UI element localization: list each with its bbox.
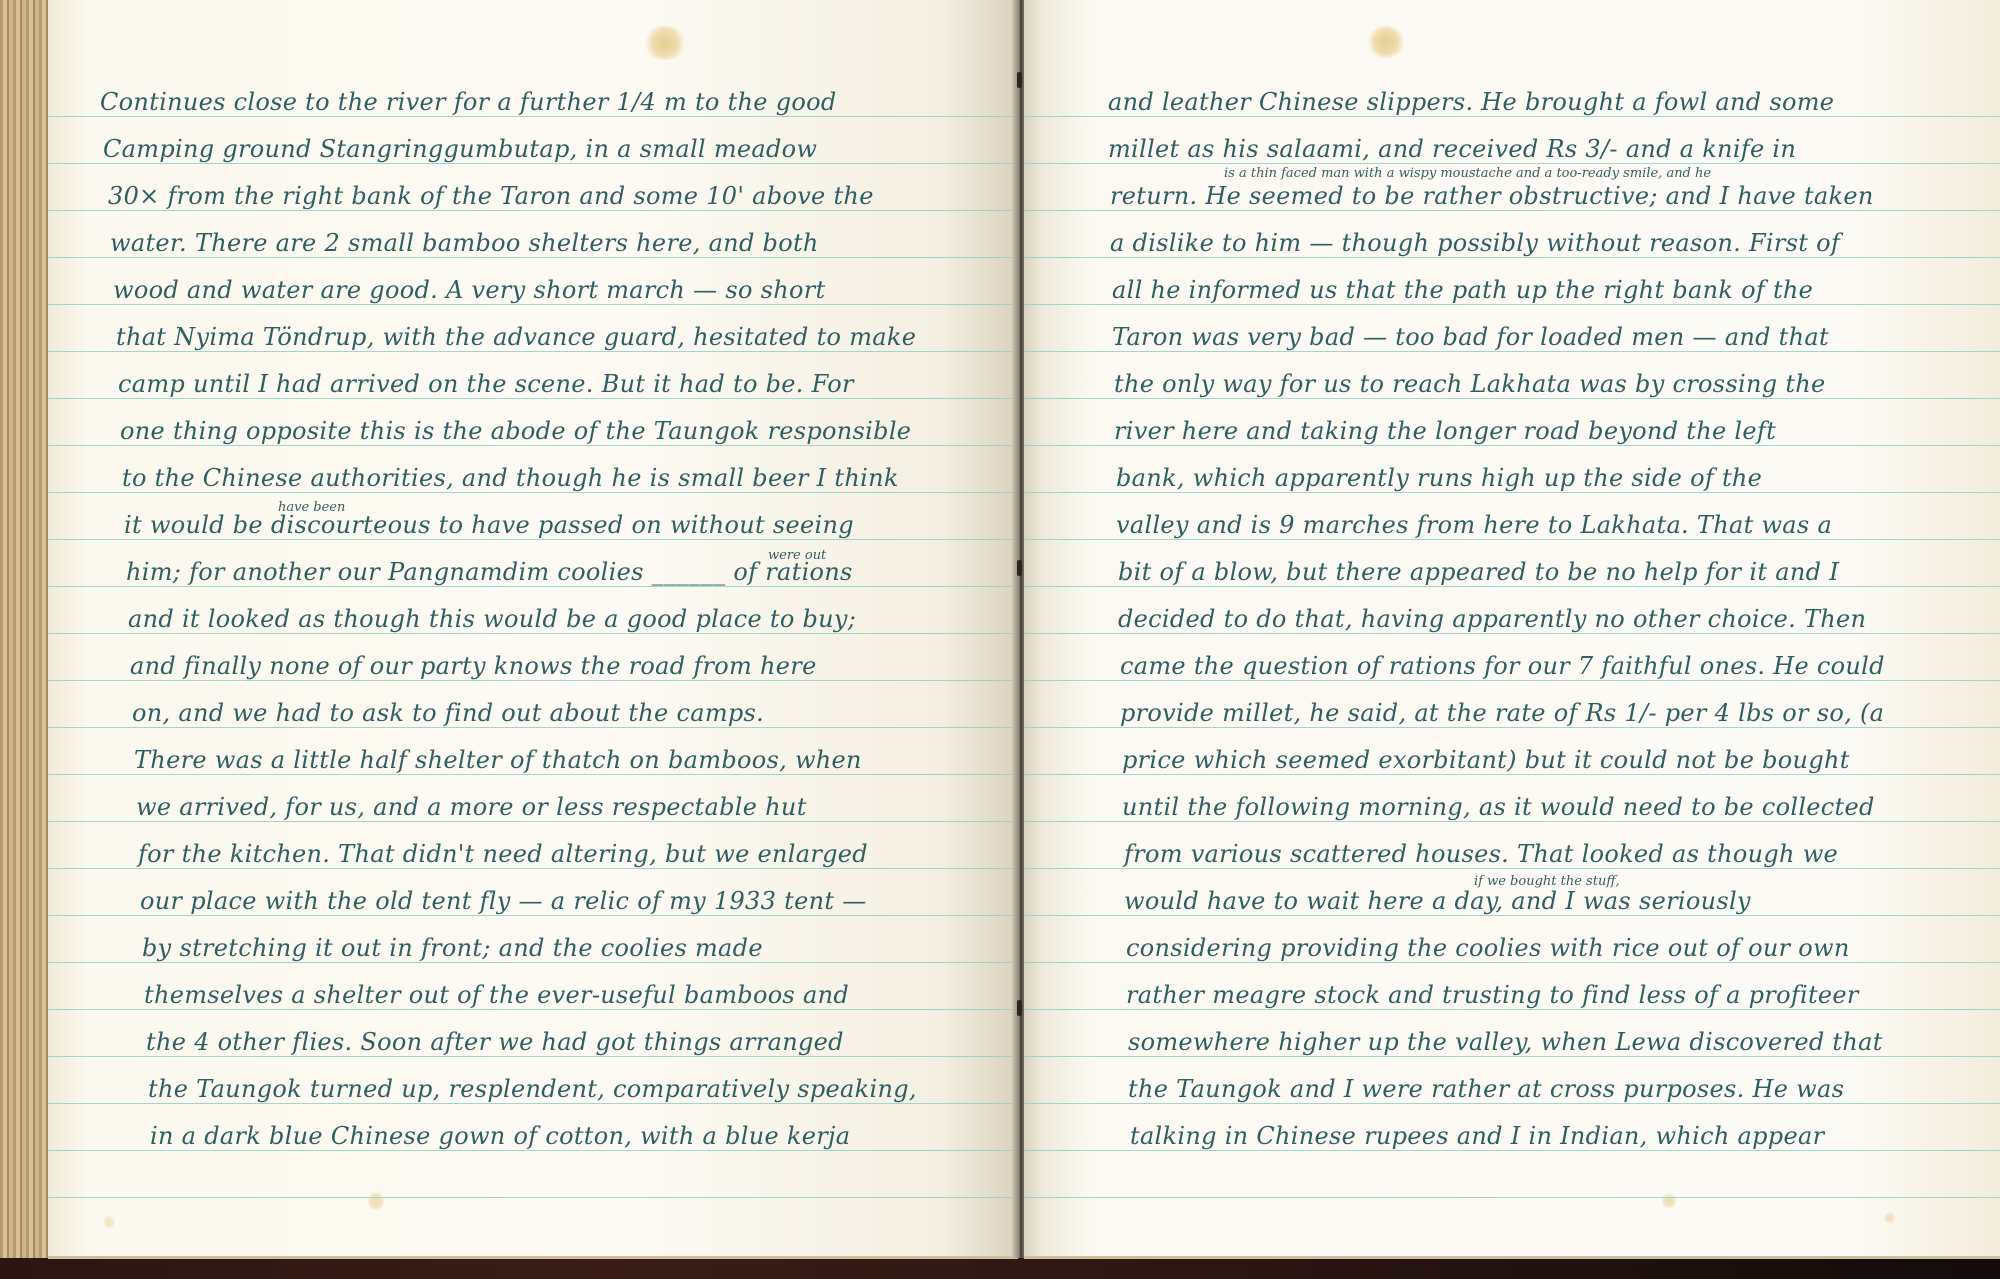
ruling-line [1024, 1103, 2000, 1104]
text-line: and finally none of our party knows the … [130, 652, 817, 680]
text-line: bank, which apparently runs high up the … [1116, 464, 1762, 492]
text-line: him; for another our Pangnamdim coolies … [126, 558, 853, 586]
ruling-line [48, 304, 1018, 305]
ruling-line [48, 680, 1018, 681]
ruling-line [1024, 1197, 2000, 1198]
text-line: Continues close to the river for a furth… [100, 88, 837, 116]
text-line: and leather Chinese slippers. He brought… [1108, 88, 1834, 116]
ruling-line [48, 1103, 1018, 1104]
text-line: one thing opposite this is the abode of … [120, 417, 911, 445]
text-line: talking in Chinese rupees and I in India… [1130, 1122, 1824, 1150]
text-line: rather meagre stock and trusting to find… [1126, 981, 1859, 1009]
binding-thread [1017, 72, 1022, 88]
text-line: somewhere higher up the valley, when Lew… [1128, 1028, 1883, 1056]
text-line: considering providing the coolies with r… [1126, 934, 1850, 962]
binding-thread [1017, 560, 1022, 576]
ruling-line [1024, 586, 2000, 587]
foxing-spot [103, 1215, 115, 1229]
text-line: all he informed us that the path up the … [1112, 276, 1813, 304]
text-line: camp until I had arrived on the scene. B… [118, 370, 854, 398]
ink-stain [643, 26, 687, 60]
text-line: There was a little half shelter of thatc… [134, 746, 862, 774]
text-line: price which seemed exorbitant) but it co… [1122, 746, 1850, 774]
binding-thread [1017, 1000, 1022, 1016]
ruling-line [48, 868, 1018, 869]
ruling-line [1024, 821, 2000, 822]
text-line: on, and we had to ask to find out about … [132, 699, 764, 727]
ruling-line [48, 210, 1018, 211]
ruling-line [48, 351, 1018, 352]
text-line: it would be discourteous to have passed … [124, 511, 854, 539]
ruling-line [1024, 210, 2000, 211]
ruling-line [48, 539, 1018, 540]
text-line: our place with the old tent fly — a reli… [140, 887, 867, 915]
ruling-line [48, 257, 1018, 258]
ruling-line [48, 1009, 1018, 1010]
text-line: water. There are 2 small bamboo shelters… [110, 229, 819, 257]
text-line: to the Chinese authorities, and though h… [122, 464, 899, 492]
text-line: a dislike to him — though possibly witho… [1110, 229, 1840, 257]
ruling-line [1024, 868, 2000, 869]
left-page: Continues close to the river for a furth… [48, 0, 1018, 1259]
ruling-line [48, 962, 1018, 963]
ruling-line [1024, 962, 2000, 963]
text-line: until the following morning, as it would… [1122, 793, 1875, 821]
text-line: for the kitchen. That didn't need alteri… [138, 840, 868, 868]
ruling-line [1024, 915, 2000, 916]
ruling-line [1024, 539, 2000, 540]
ruling-line [48, 116, 1018, 117]
text-line: the only way for us to reach Lakhata was… [1114, 370, 1826, 398]
ruling-line [48, 1150, 1018, 1151]
ruling-line [48, 1056, 1018, 1057]
text-line: the Taungok and I were rather at cross p… [1128, 1075, 1844, 1103]
text-line: decided to do that, having apparently no… [1118, 605, 1866, 633]
foxing-spot [1662, 1192, 1676, 1210]
ruling-line [48, 1197, 1018, 1198]
page-edges [0, 0, 48, 1258]
ruling-line [48, 774, 1018, 775]
ruling-line [1024, 163, 2000, 164]
ruling-line [48, 915, 1018, 916]
text-line: and it looked as though this would be a … [128, 605, 856, 633]
foxing-spot [368, 1190, 384, 1212]
foxing-spot [1884, 1212, 1896, 1224]
text-line: Camping ground Stangringgumbutap, in a s… [103, 135, 817, 163]
notebook-spread: Continues close to the river for a furth… [0, 0, 2000, 1279]
ruling-line [1024, 774, 2000, 775]
text-line: bit of a blow, but there appeared to be … [1118, 558, 1839, 586]
ruling-line [48, 727, 1018, 728]
ink-stain [1366, 26, 1406, 58]
text-line: would have to wait here a day, and I was… [1124, 887, 1751, 915]
text-line: in a dark blue Chinese gown of cotton, w… [150, 1122, 850, 1150]
ruling-line [48, 821, 1018, 822]
ruling-line [48, 445, 1018, 446]
text-line: from various scattered houses. That look… [1124, 840, 1838, 868]
text-line: valley and is 9 marches from here to Lak… [1116, 511, 1832, 539]
text-line: by stretching it out in front; and the c… [142, 934, 763, 962]
ruling-line [1024, 398, 2000, 399]
text-line: the 4 other flies. Soon after we had got… [146, 1028, 844, 1056]
ruling-line [1024, 1009, 2000, 1010]
text-line: return. He seemed to be rather obstructi… [1110, 182, 1874, 210]
text-line: river here and taking the longer road be… [1114, 417, 1776, 445]
text-line: 30× from the right bank of the Taron and… [108, 182, 874, 210]
ruling-line [1024, 257, 2000, 258]
insertion: is a thin faced man with a wispy moustac… [1224, 166, 1711, 181]
ruling-line [1024, 116, 2000, 117]
text-line: millet as his salaami, and received Rs 3… [1108, 135, 1796, 163]
text-line: the Taungok turned up, resplendent, comp… [148, 1075, 917, 1103]
text-line: we arrived, for us, and a more or less r… [136, 793, 807, 821]
text-line: themselves a shelter out of the ever-use… [144, 981, 849, 1009]
ruling-line [48, 633, 1018, 634]
ruling-line [48, 163, 1018, 164]
right-page: and leather Chinese slippers. He brought… [1024, 0, 2000, 1259]
ruling-line [48, 586, 1018, 587]
text-line: Taron was very bad — too bad for loaded … [1112, 323, 1829, 351]
text-line: came the question of rations for our 7 f… [1120, 652, 1885, 680]
ruling-line [1024, 445, 2000, 446]
ruling-line [1024, 304, 2000, 305]
ruling-line [1024, 633, 2000, 634]
ruling-line [1024, 492, 2000, 493]
text-line: provide millet, he said, at the rate of … [1120, 699, 1884, 727]
text-line: wood and water are good. A very short ma… [113, 276, 825, 304]
ruling-line [1024, 727, 2000, 728]
ruling-line [1024, 351, 2000, 352]
ruling-line [1024, 680, 2000, 681]
ruling-line [48, 398, 1018, 399]
ruling-line [1024, 1056, 2000, 1057]
ruling-line [1024, 1150, 2000, 1151]
ruling-line [48, 492, 1018, 493]
text-line: that Nyima Töndrup, with the advance gua… [116, 323, 916, 351]
